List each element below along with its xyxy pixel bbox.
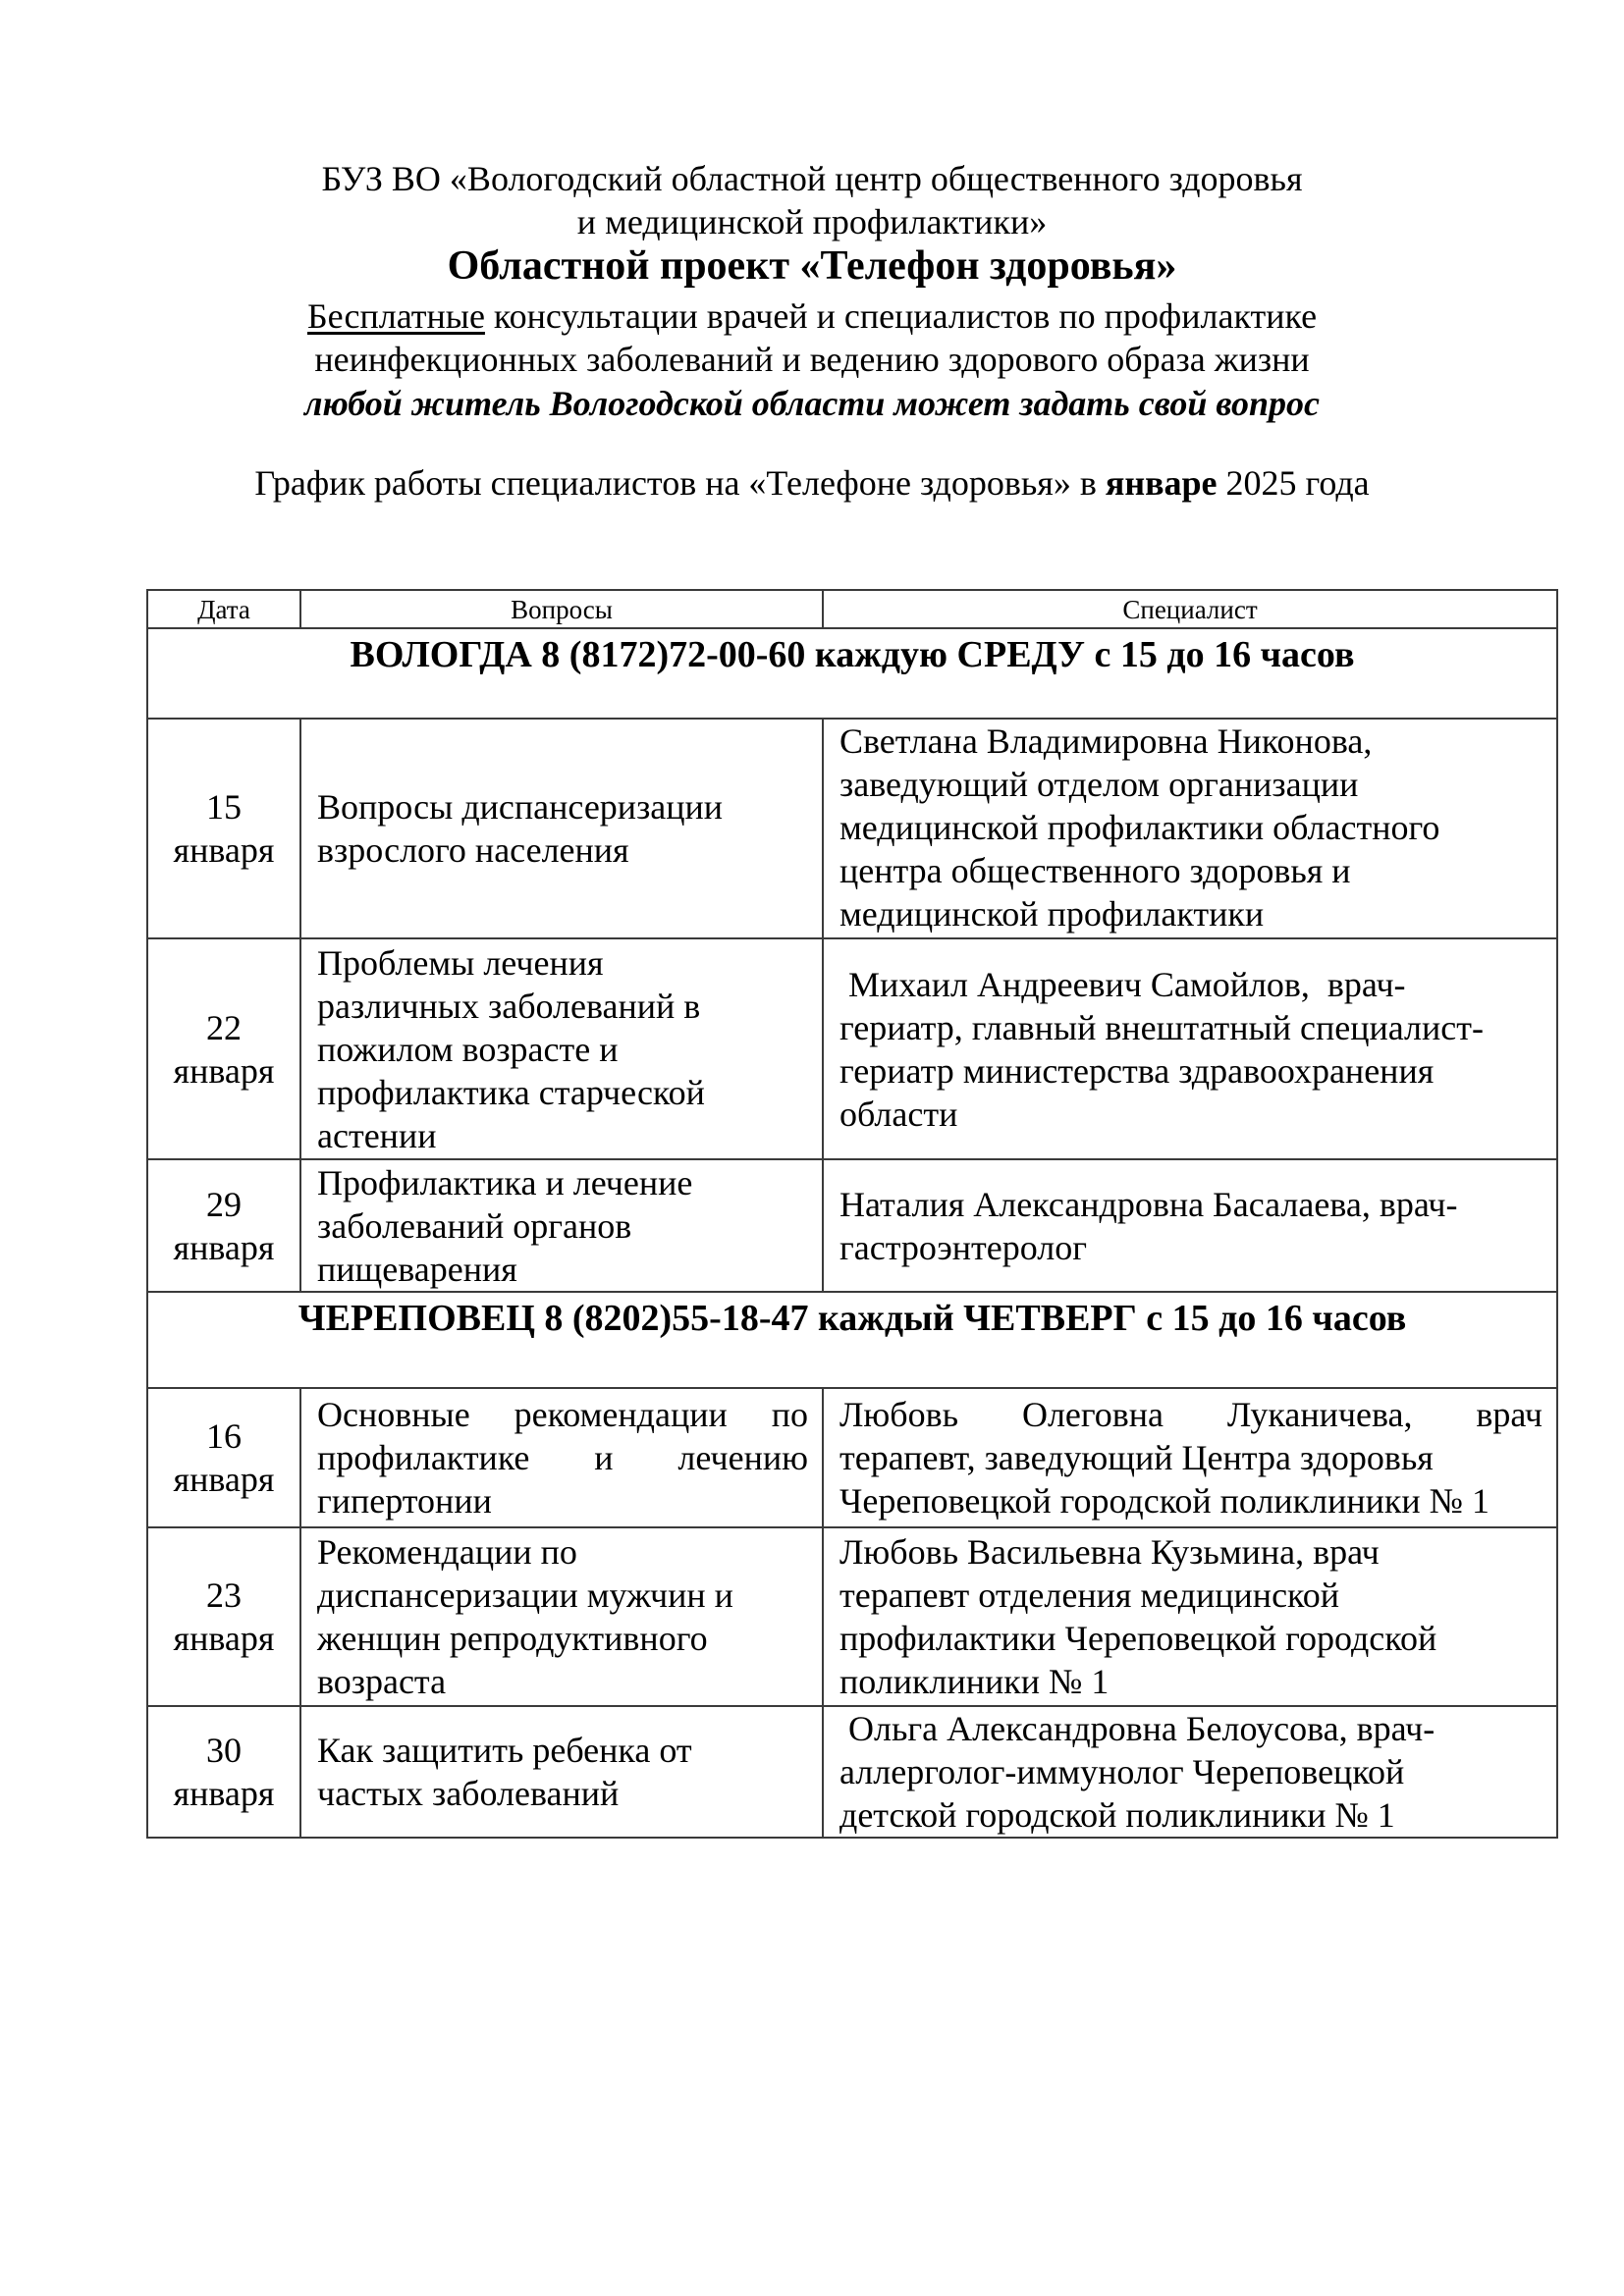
date-month: января <box>148 1226 299 1269</box>
column-header-specialist: Специалист <box>823 590 1557 628</box>
description-line-1: Бесплатные консультации врачей и специал… <box>0 294 1624 338</box>
schedule-suffix: 2025 года <box>1218 463 1370 503</box>
description-line-1-rest: консультации врачей и специалистов по пр… <box>485 296 1317 336</box>
question-line: взрослого населения <box>317 828 808 872</box>
question-cell: Основные рекомендации попрофилактике и л… <box>300 1388 823 1527</box>
question-cell: Рекомендации подиспансеризации мужчин иж… <box>300 1527 823 1706</box>
question-line: диспансеризации мужчин и <box>317 1574 808 1617</box>
question-line: профилактике и лечению <box>317 1436 808 1479</box>
date-month: января <box>148 828 299 872</box>
table-row: 29январяПрофилактика и лечениезаболевани… <box>147 1159 1557 1292</box>
specialist-line: гериатр, главный внештатный специалист- <box>839 1006 1543 1049</box>
date-day: 16 <box>148 1415 299 1458</box>
date-month: января <box>148 1458 299 1501</box>
table-header-row: Дата Вопросы Специалист <box>147 590 1557 628</box>
specialist-line: Светлана Владимировна Никонова, <box>839 720 1543 763</box>
question-line: гипертонии <box>317 1479 808 1522</box>
date-day: 23 <box>148 1574 299 1617</box>
date-day: 22 <box>148 1006 299 1049</box>
question-line: Основные рекомендации по <box>317 1393 808 1436</box>
date-day: 29 <box>148 1183 299 1226</box>
specialist-line: Ольга Александровна Белоусова, врач- <box>839 1707 1543 1750</box>
org-name-line-2: и медицинской профилактики» <box>0 200 1624 243</box>
question-line: заболеваний органов <box>317 1204 808 1248</box>
schedule-table: Дата Вопросы Специалист ВОЛОГДА 8 (8172)… <box>146 589 1558 1839</box>
specialist-line: области <box>839 1093 1543 1136</box>
specialist-cell: Наталия Александровна Басалаева, врач-га… <box>823 1159 1557 1292</box>
question-line: частых заболеваний <box>317 1772 808 1815</box>
specialist-line: Михаил Андреевич Самойлов, врач- <box>839 963 1543 1006</box>
question-cell: Проблемы леченияразличных заболеваний вп… <box>300 938 823 1159</box>
table-row: 15январяВопросы диспансеризациивзрослого… <box>147 719 1557 938</box>
specialist-cell: Любовь Васильевна Кузьмина, врачтерапевт… <box>823 1527 1557 1706</box>
specialist-line: центра общественного здоровья и <box>839 849 1543 892</box>
question-line: астении <box>317 1114 808 1157</box>
specialist-line: гериатр министерства здравоохранения <box>839 1049 1543 1093</box>
specialist-line: Любовь Олеговна Луканичева, врач <box>839 1393 1543 1436</box>
date-month: января <box>148 1772 299 1815</box>
city-heading: ЧЕРЕПОВЕЦ 8 (8202)55-18-47 каждый ЧЕТВЕР… <box>147 1292 1557 1388</box>
specialist-line: Наталия Александровна Басалаева, врач- <box>839 1183 1543 1226</box>
column-header-questions: Вопросы <box>300 590 823 628</box>
free-label: Бесплатные <box>307 296 485 336</box>
question-line: Профилактика и лечение <box>317 1161 808 1204</box>
question-line: пищеварения <box>317 1248 808 1291</box>
specialist-line: Череповецкой городской поликлиники № 1 <box>839 1479 1543 1522</box>
specialist-cell: Светлана Владимировна Никонова,заведующи… <box>823 719 1557 938</box>
table-row: 22январяПроблемы леченияразличных заболе… <box>147 938 1557 1159</box>
schedule-prefix: График работы специалистов на «Телефоне … <box>254 463 1106 503</box>
specialist-cell: Михаил Андреевич Самойлов, врач-гериатр,… <box>823 938 1557 1159</box>
specialist-line: профилактики Череповецкой городской <box>839 1617 1543 1660</box>
city-section-row: ЧЕРЕПОВЕЦ 8 (8202)55-18-47 каждый ЧЕТВЕР… <box>147 1292 1557 1388</box>
specialist-cell: Ольга Александровна Белоусова, врач-алле… <box>823 1706 1557 1838</box>
date-cell: 16января <box>147 1388 300 1527</box>
table-row: 30январяКак защитить ребенка отчастых за… <box>147 1706 1557 1838</box>
date-month: января <box>148 1049 299 1093</box>
specialist-line: аллерголог-иммунолог Череповецкой <box>839 1750 1543 1793</box>
description-line-2: неинфекционных заболеваний и ведению здо… <box>0 338 1624 381</box>
project-title: Областной проект «Телефон здоровья» <box>0 241 1624 291</box>
date-day: 15 <box>148 785 299 828</box>
question-line: женщин репродуктивного <box>317 1617 808 1660</box>
specialist-line: терапевт, заведующий Центра здоровья <box>839 1436 1543 1479</box>
table-row: 23январяРекомендации подиспансеризации м… <box>147 1527 1557 1706</box>
specialist-line: детской городской поликлиники № 1 <box>839 1793 1543 1837</box>
date-cell: 15января <box>147 719 300 938</box>
table-row: 16январяОсновные рекомендации попрофилак… <box>147 1388 1557 1527</box>
question-line: Проблемы лечения <box>317 941 808 985</box>
question-cell: Вопросы диспансеризациивзрослого населен… <box>300 719 823 938</box>
specialist-line: заведующий отделом организации <box>839 763 1543 806</box>
question-line: профилактика старческой <box>317 1071 808 1114</box>
question-line: Как защитить ребенка от <box>317 1729 808 1772</box>
specialist-line: медицинской профилактики областного <box>839 806 1543 849</box>
question-cell: Профилактика и лечениезаболеваний органо… <box>300 1159 823 1292</box>
city-heading: ВОЛОГДА 8 (8172)72-00-60 каждую СРЕДУ с … <box>147 628 1557 719</box>
column-header-date: Дата <box>147 590 300 628</box>
specialist-line: медицинской профилактики <box>839 892 1543 935</box>
specialist-line: терапевт отделения медицинской <box>839 1574 1543 1617</box>
tagline: любой житель Вологодской области может з… <box>0 382 1624 425</box>
schedule-heading: График работы специалистов на «Телефоне … <box>0 461 1624 505</box>
specialist-line: поликлиники № 1 <box>839 1660 1543 1703</box>
specialist-cell: Любовь Олеговна Луканичева, врачтерапевт… <box>823 1388 1557 1527</box>
city-section-row: ВОЛОГДА 8 (8172)72-00-60 каждую СРЕДУ с … <box>147 628 1557 719</box>
date-cell: 23января <box>147 1527 300 1706</box>
specialist-line: гастроэнтеролог <box>839 1226 1543 1269</box>
question-line: возраста <box>317 1660 808 1703</box>
date-cell: 29января <box>147 1159 300 1292</box>
schedule-month: январе <box>1106 463 1218 503</box>
date-cell: 30января <box>147 1706 300 1838</box>
date-cell: 22января <box>147 938 300 1159</box>
question-line: Рекомендации по <box>317 1530 808 1574</box>
date-month: января <box>148 1617 299 1660</box>
question-line: Вопросы диспансеризации <box>317 785 808 828</box>
question-line: пожилом возрасте и <box>317 1028 808 1071</box>
specialist-line: Любовь Васильевна Кузьмина, врач <box>839 1530 1543 1574</box>
question-cell: Как защитить ребенка отчастых заболевани… <box>300 1706 823 1838</box>
question-line: различных заболеваний в <box>317 985 808 1028</box>
org-name-line-1: БУЗ ВО «Вологодский областной центр обще… <box>0 157 1624 200</box>
date-day: 30 <box>148 1729 299 1772</box>
